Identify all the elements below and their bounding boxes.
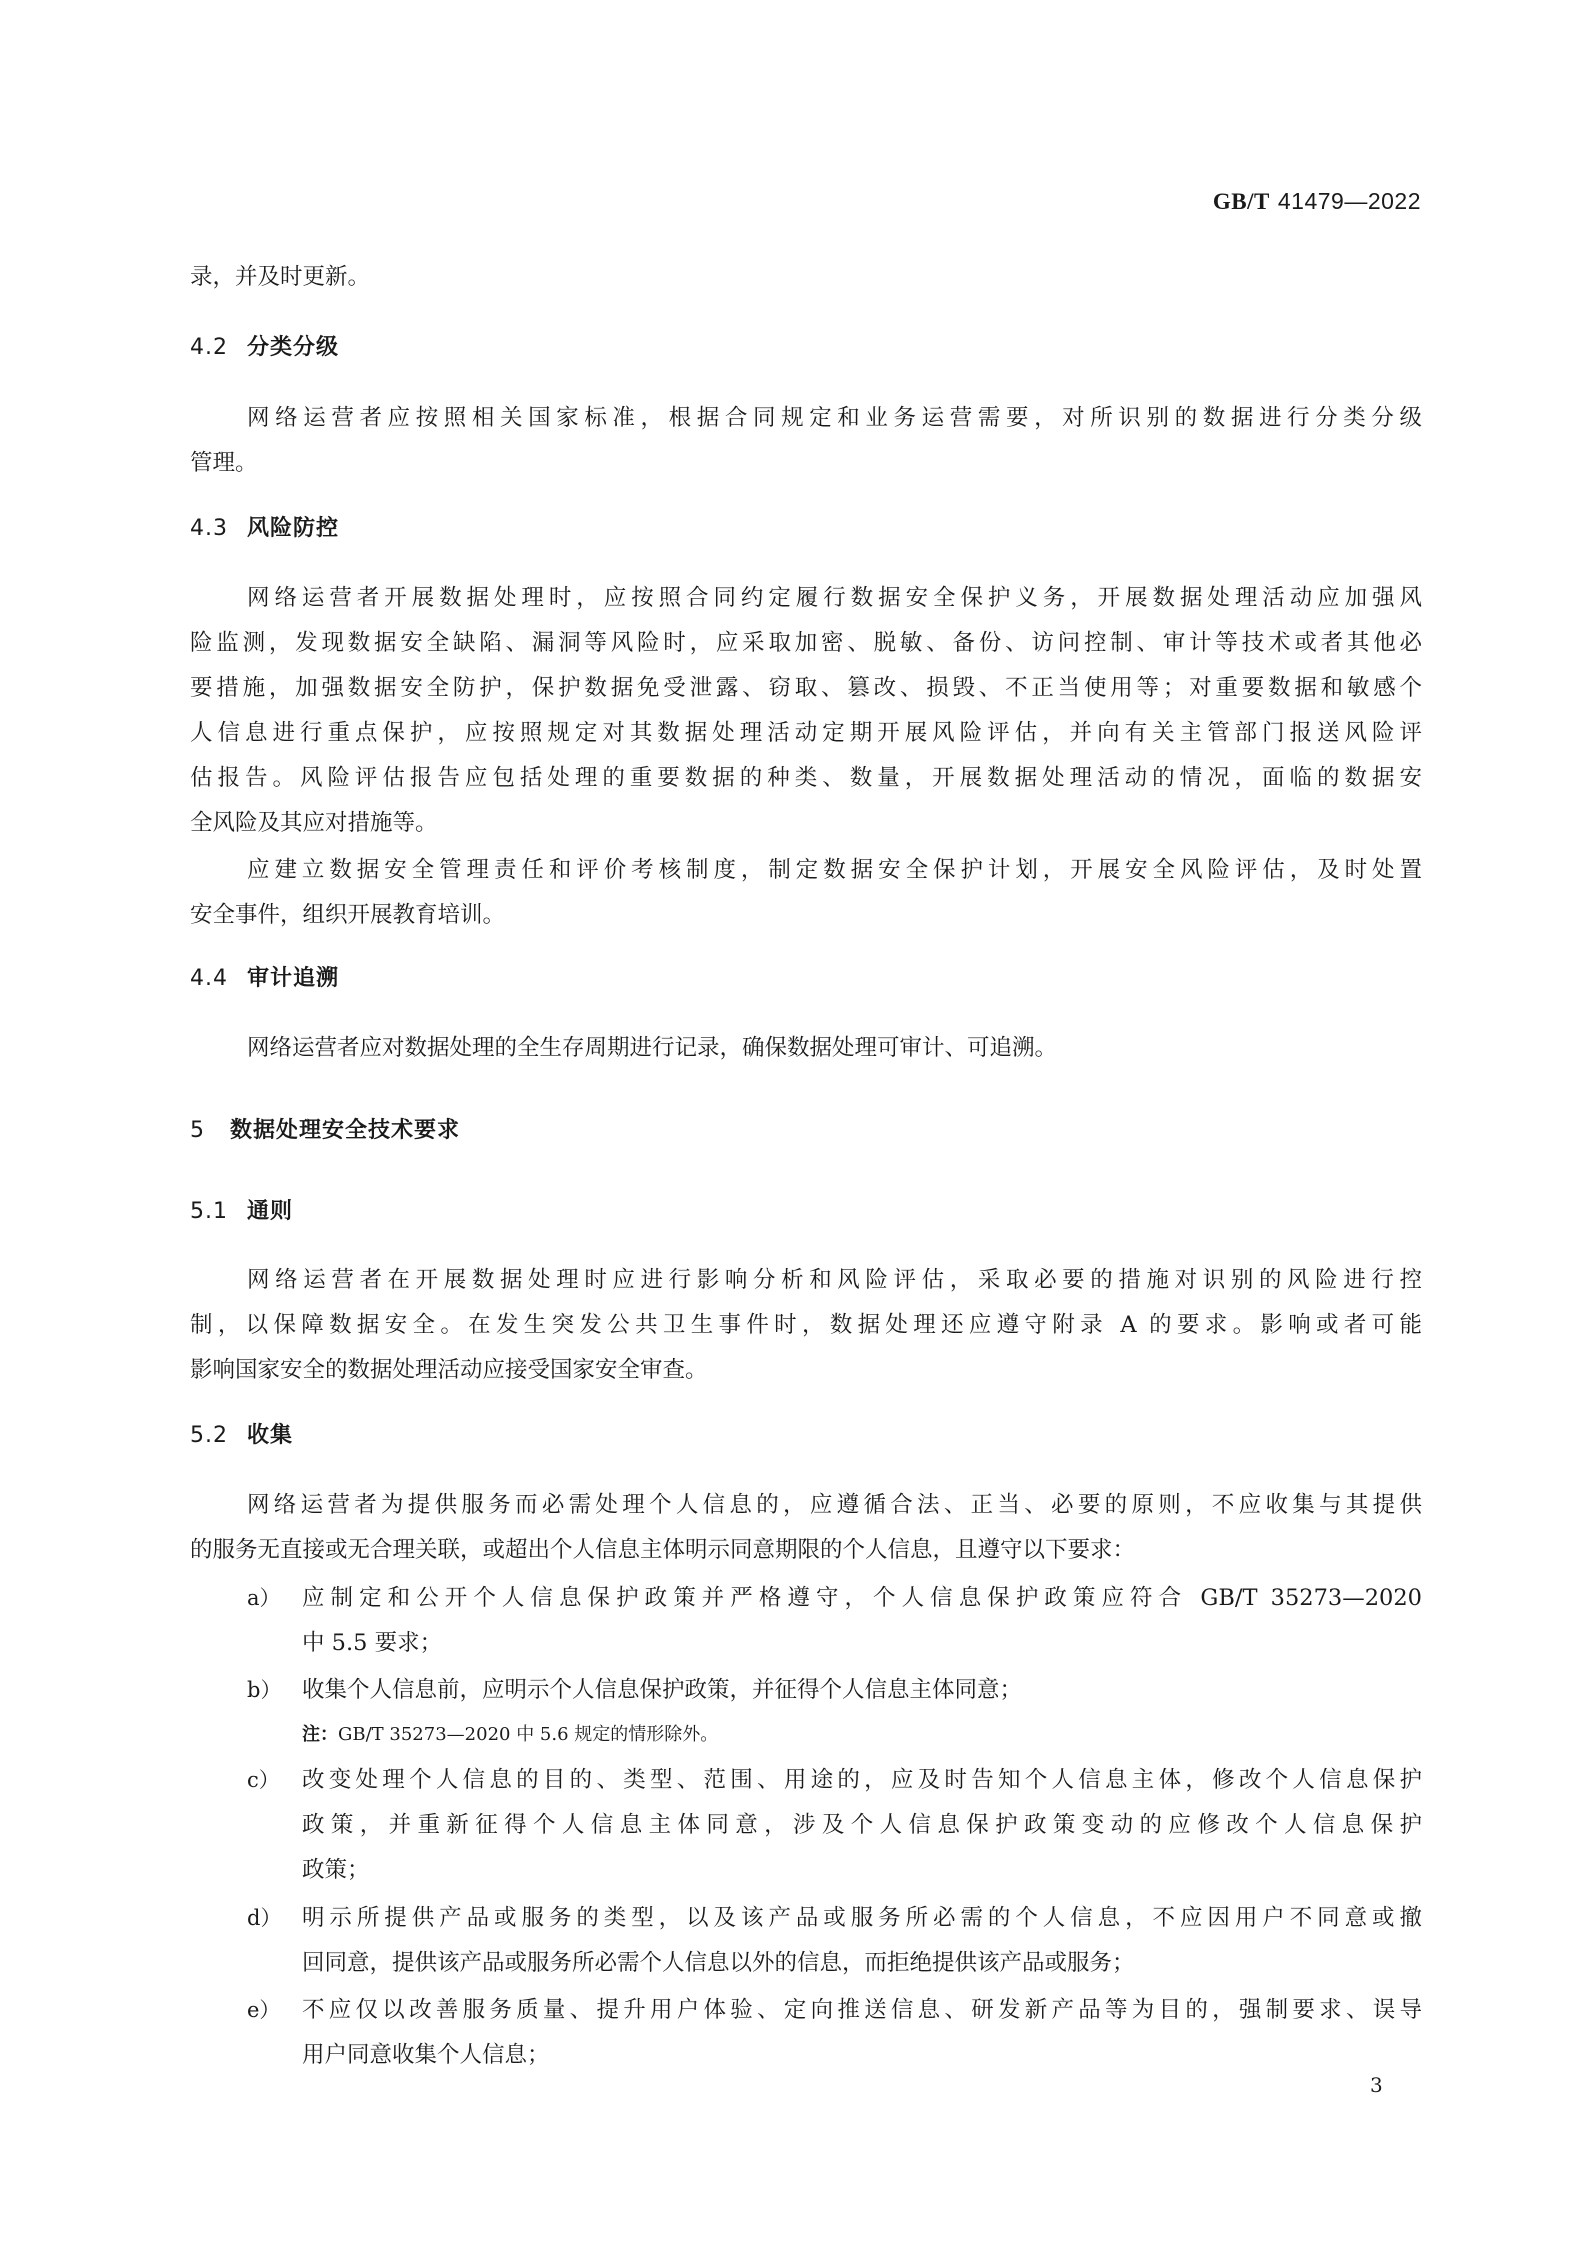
list-item-label-e: e）	[247, 1995, 280, 2025]
page-number: 3	[1370, 2073, 1383, 2097]
standard-prefix: GB/T	[1213, 189, 1270, 214]
paragraph-line: 人信息进行重点保护，应按照规定对其数据处理活动定期开展风险评估，并向有关主管部门…	[190, 718, 1422, 748]
section-title: 通则	[247, 1199, 293, 1224]
paragraph-line: 安全事件，组织开展教育培训。	[190, 900, 1422, 930]
paragraph-line: 网络运营者应对数据处理的全生存周期进行记录，确保数据处理可审计、可追溯。	[247, 1033, 1422, 1063]
paragraph-line: 影响国家安全的数据处理活动应接受国家安全审查。	[190, 1355, 1422, 1385]
section-heading-4-3: 4.3风险防控	[190, 514, 339, 544]
paragraph-line: 制，以保障数据安全。在发生突发公共卫生事件时，数据处理还应遵守附录 A 的要求。…	[190, 1310, 1422, 1340]
paragraph-line: 险监测，发现数据安全缺陷、漏洞等风险时，应采取加密、脱敏、备份、访问控制、审计等…	[190, 628, 1422, 658]
note-prefix: 注：	[302, 1724, 338, 1745]
section-title: 审计追溯	[247, 966, 339, 991]
note: 注：GB/T 35273—2020 中 5.6 规定的情形除外。	[302, 1722, 718, 1748]
list-item-label-b: b）	[247, 1675, 281, 1705]
section-number: 4.2	[190, 333, 247, 363]
note-text: GB/T 35273—2020 中 5.6 规定的情形除外。	[338, 1724, 718, 1745]
document-page: GB/T41479—2022 录，并及时更新。 4.2分类分级 网络运营者应按照…	[0, 0, 1589, 2244]
list-item-line: 不应仅以改善服务质量、提升用户体验、定向推送信息、研发新产品等为目的，强制要求、…	[302, 1995, 1422, 2025]
paragraph-line: 网络运营者开展数据处理时，应按照合同约定履行数据安全保护义务，开展数据处理活动应…	[247, 583, 1422, 613]
section-heading-5-2: 5.2收集	[190, 1421, 293, 1451]
list-item-line: 应制定和公开个人信息保护政策并严格遵守，个人信息保护政策应符合 GB/T 352…	[302, 1583, 1422, 1613]
list-item-line: 收集个人信息前，应明示个人信息保护政策，并征得个人信息主体同意；	[302, 1675, 1422, 1705]
list-item-label-a: a）	[247, 1583, 281, 1613]
paragraph-line: 管理。	[190, 448, 1422, 478]
list-item-line: 用户同意收集个人信息；	[302, 2040, 1422, 2070]
continuation-text: 录，并及时更新。	[190, 262, 1422, 292]
chapter-title: 数据处理安全技术要求	[230, 1118, 460, 1143]
section-number: 5.1	[190, 1197, 247, 1227]
paragraph-line: 估报告。风险评估报告应包括处理的重要数据的种类、数量，开展数据处理活动的情况，面…	[190, 763, 1422, 793]
section-heading-4-4: 4.4审计追溯	[190, 964, 339, 994]
paragraph-line: 网络运营者在开展数据处理时应进行影响分析和风险评估，采取必要的措施对识别的风险进…	[247, 1265, 1422, 1295]
section-title: 分类分级	[247, 335, 339, 360]
section-heading-5-1: 5.1通则	[190, 1197, 293, 1227]
paragraph-line: 全风险及其应对措施等。	[190, 808, 1422, 838]
paragraph-line: 网络运营者为提供服务而必需处理个人信息的，应遵循合法、正当、必要的原则，不应收集…	[247, 1490, 1422, 1520]
section-number: 4.3	[190, 514, 247, 544]
section-heading-4-2: 4.2分类分级	[190, 333, 339, 363]
list-item-line: 中 5.5 要求；	[302, 1628, 1422, 1658]
paragraph-line: 网络运营者应按照相关国家标准，根据合同规定和业务运营需要，对所识别的数据进行分类…	[247, 403, 1422, 433]
section-number: 5.2	[190, 1421, 247, 1451]
list-item-line: 明示所提供产品或服务的类型，以及该产品或服务所必需的个人信息，不应因用户不同意或…	[302, 1903, 1422, 1933]
paragraph-line: 的服务无直接或无合理关联，或超出个人信息主体明示同意期限的个人信息，且遵守以下要…	[190, 1535, 1422, 1565]
list-item-line: 政策，并重新征得个人信息主体同意，涉及个人信息保护政策变动的应修改个人信息保护	[302, 1810, 1422, 1840]
standard-number: 41479—2022	[1278, 188, 1421, 214]
standard-code-header: GB/T41479—2022	[1213, 188, 1421, 215]
section-number: 4.4	[190, 964, 247, 994]
paragraph-line: 应建立数据安全管理责任和评价考核制度，制定数据安全保护计划，开展安全风险评估，及…	[247, 855, 1422, 885]
section-title: 收集	[247, 1423, 293, 1448]
list-item-line: 回同意，提供该产品或服务所必需个人信息以外的信息，而拒绝提供该产品或服务；	[302, 1948, 1422, 1978]
list-item-line: 政策；	[302, 1855, 1422, 1885]
paragraph-line: 要措施，加强数据安全防护，保护数据免受泄露、窃取、篡改、损毁、不正当使用等；对重…	[190, 673, 1422, 703]
chapter-number: 5	[190, 1116, 230, 1146]
section-title: 风险防控	[247, 516, 339, 541]
list-item-label-c: c）	[247, 1765, 280, 1795]
chapter-heading-5: 5数据处理安全技术要求	[190, 1116, 460, 1146]
list-item-label-d: d）	[247, 1903, 281, 1933]
list-item-line: 改变处理个人信息的目的、类型、范围、用途的，应及时告知个人信息主体，修改个人信息…	[302, 1765, 1422, 1795]
